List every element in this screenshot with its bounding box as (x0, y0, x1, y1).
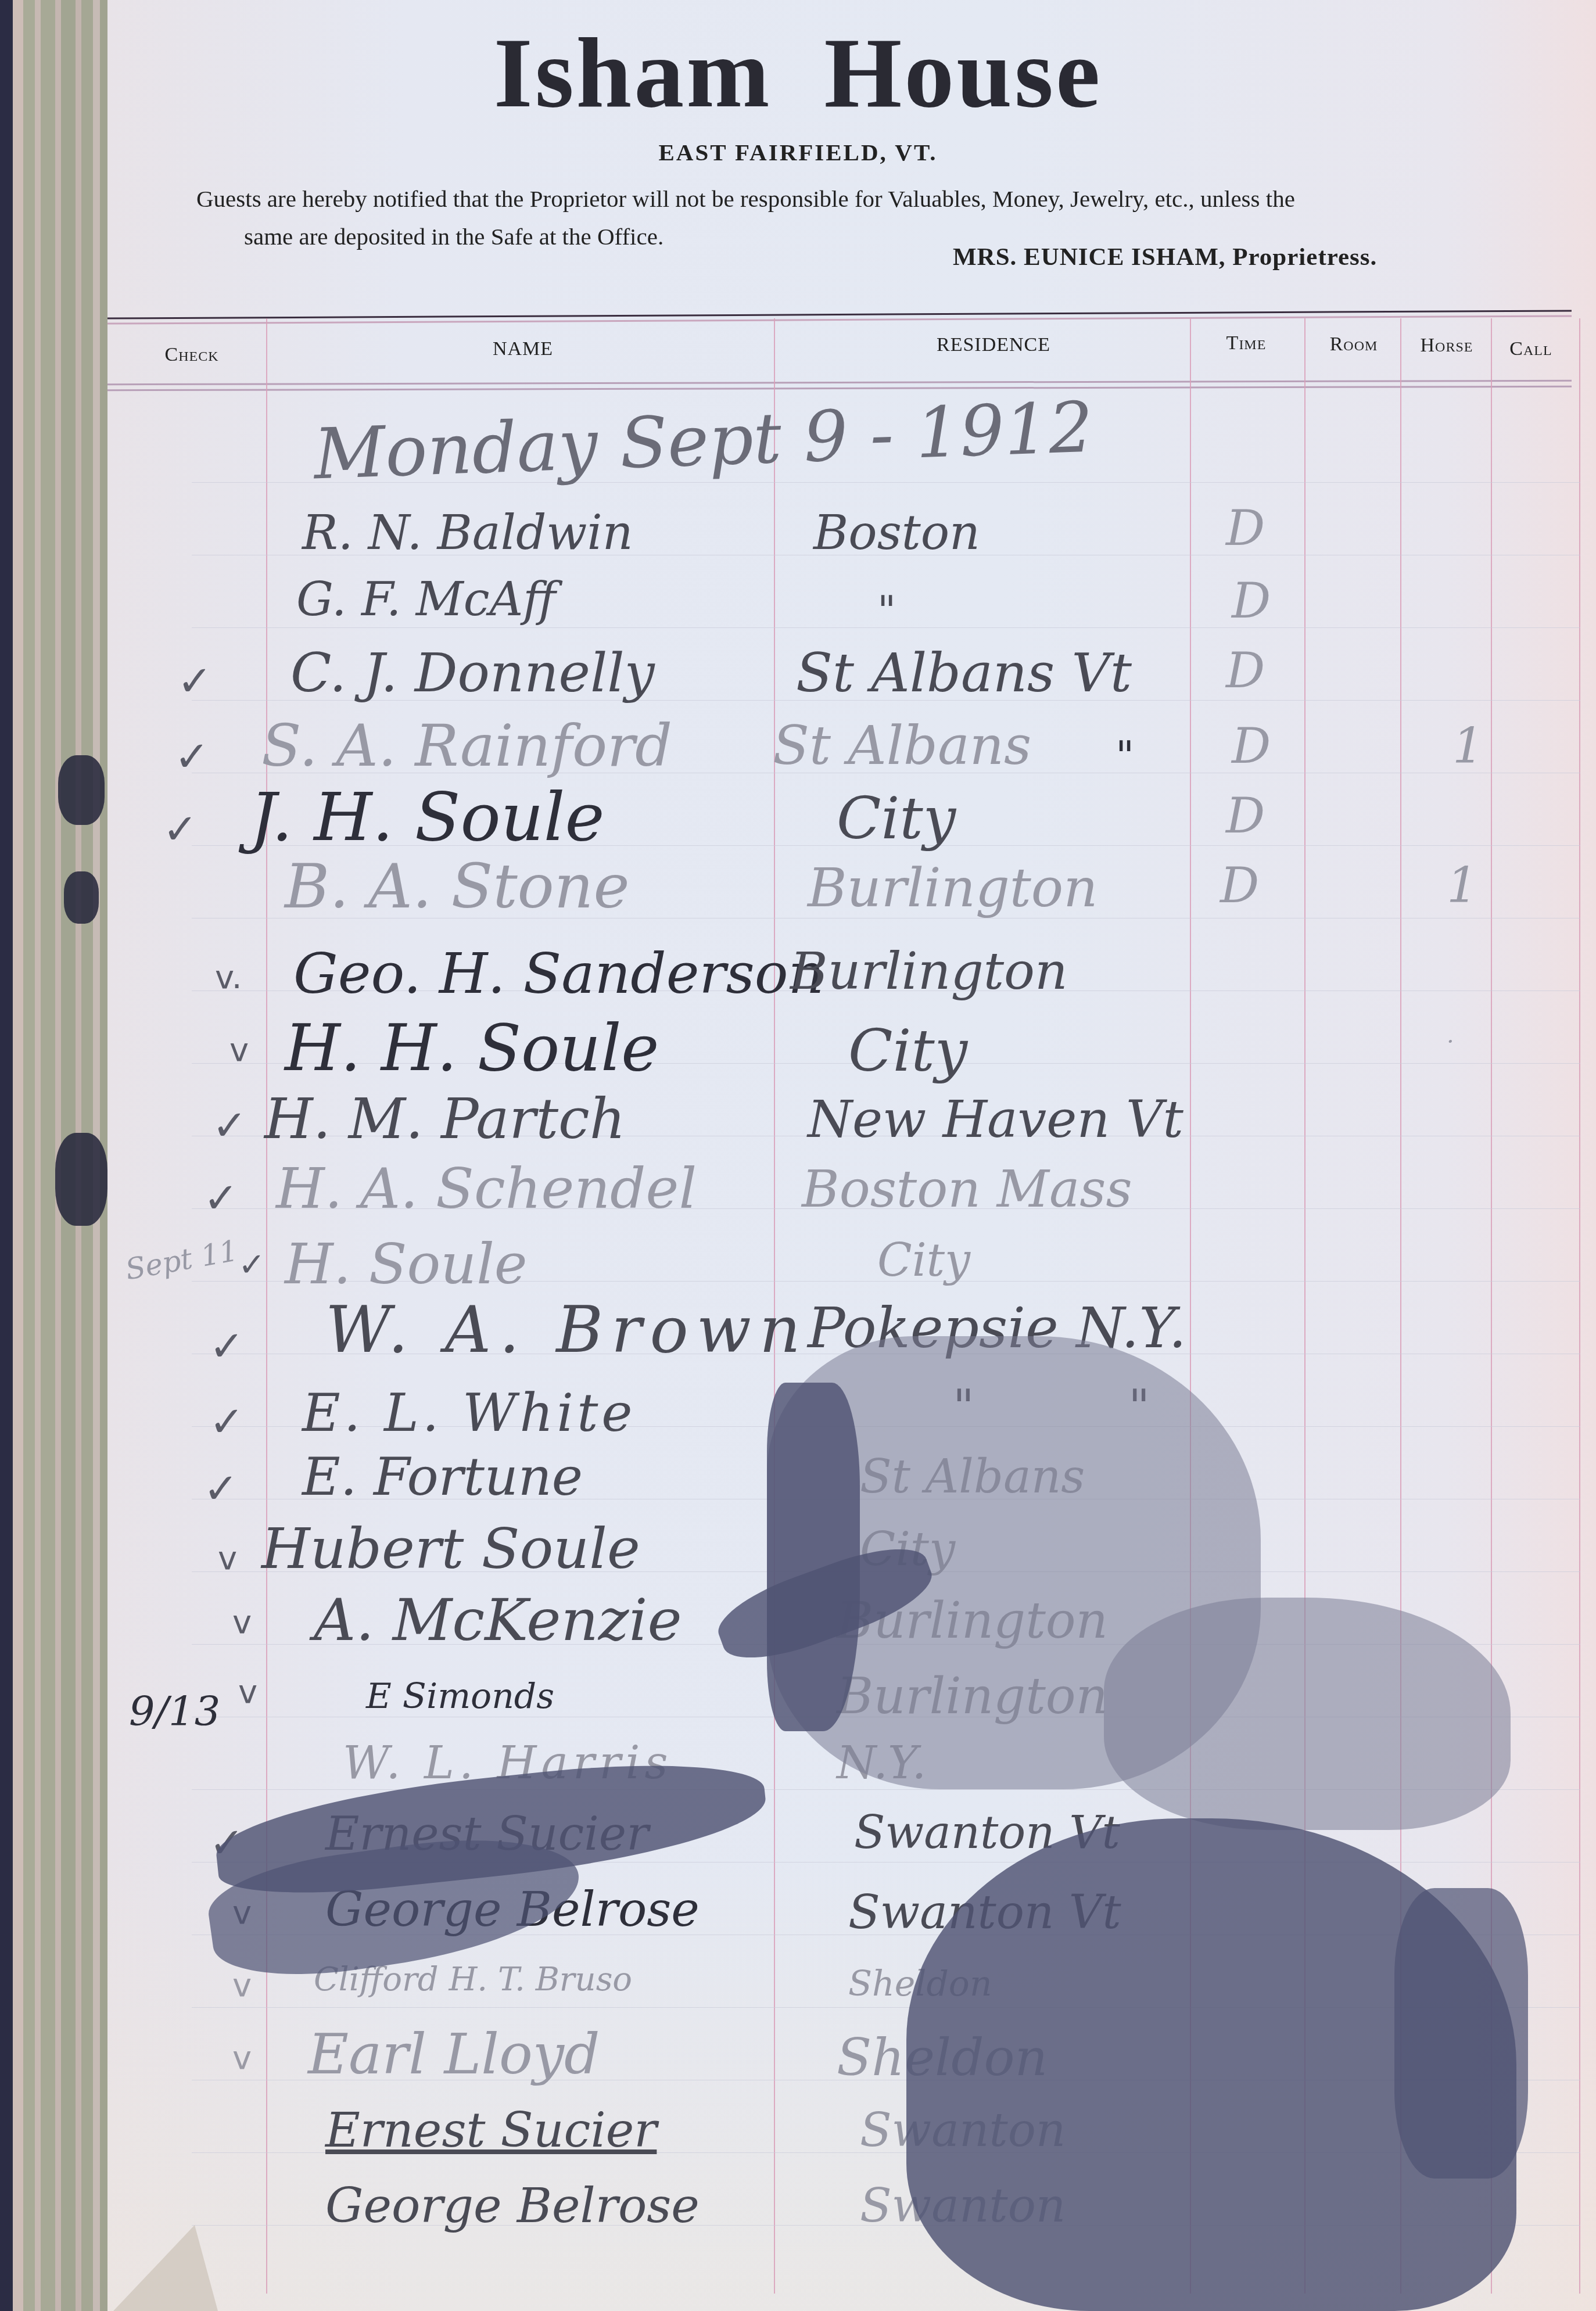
entry-name: Earl Lloyd (308, 2022, 600, 2087)
entry-check-mark: ✓ (212, 1101, 247, 1150)
entry-name: C. J. Donnelly (290, 642, 655, 704)
title-word-1: Isham (494, 18, 772, 128)
entry-residence: New Haven Vt (808, 1089, 1183, 1149)
ink-stain (1394, 1888, 1528, 2179)
column-header-time: Time (1208, 332, 1284, 354)
entry-name: B. A. Stone (285, 851, 630, 922)
entry-residence: Burlington (790, 941, 1068, 1001)
entry-name: W. A. Brown (325, 1293, 809, 1367)
entry-check-mark: ✓ (209, 1397, 244, 1446)
entry-name: E Simonds (366, 1676, 554, 1717)
entry-residence: St Albans Vt (796, 642, 1132, 704)
margin-dot: · (1447, 1028, 1454, 1055)
notice-line-2: same are deposited in the Safe at the Of… (244, 223, 663, 250)
entry-check-mark: v (218, 1540, 237, 1577)
entry-residence: St Albans (773, 715, 1031, 777)
entry-check-mark: ✓ (163, 805, 198, 853)
column-header-name: NAME (465, 338, 581, 360)
entry-residence: Burlington (808, 857, 1098, 919)
entry-check-mark: v (238, 1673, 257, 1711)
entry-residence: Boston Mass (802, 1159, 1132, 1219)
column-header-room: Room (1316, 333, 1391, 356)
entry-name: H. M. Partch (264, 1086, 626, 1151)
entry-horse: 1 (1447, 857, 1477, 914)
entry-residence: City (877, 1235, 970, 1287)
entry-name: G. F. McAff (296, 572, 556, 626)
entry-check-mark: v. (215, 959, 242, 996)
proprietress-line: MRS. EUNICE ISHAM, Proprietress. (953, 243, 1377, 271)
entry-residence-ditto: " (1116, 732, 1134, 780)
edge-ink-stain (55, 1133, 107, 1226)
column-header-check: Check (145, 344, 238, 366)
entry-name: A. McKenzie (314, 1586, 682, 1654)
ink-stain (767, 1383, 860, 1731)
entry-residence: City (848, 1017, 967, 1085)
column-header-horse: Horse (1409, 335, 1484, 357)
entry-name: H. Soule (285, 1232, 528, 1297)
entry-check-mark: v (232, 1966, 252, 2004)
entry-name: E. L. White (302, 1383, 636, 1444)
entry-time: D (1226, 787, 1265, 844)
entry-check-mark: ✓ (209, 1322, 244, 1370)
page-corner-fold (113, 2225, 218, 2311)
column-header-call: Call (1496, 338, 1566, 360)
entry-time: D (1226, 642, 1265, 699)
entry-name: S. A. Rainford (261, 712, 672, 780)
entry-horse: 1 (1452, 717, 1483, 774)
notice-line-1: Guests are hereby notified that the Prop… (196, 185, 1295, 213)
entry-residence: City (837, 784, 956, 852)
hotel-title: IshamHouse (0, 23, 1596, 123)
entry-name: H. H. Soule (285, 1011, 659, 1085)
entry-name: R. N. Baldwin (302, 505, 633, 561)
entry-name: George Belrose (325, 2179, 700, 2234)
entry-check-mark: ✓ (203, 1174, 238, 1222)
entry-time: D (1232, 717, 1271, 774)
entry-name: E. Fortune (302, 1447, 583, 1508)
entry-name: Hubert Soule (261, 1516, 640, 1581)
entry-name: Ernest Sucier (325, 2103, 657, 2158)
column-divider (1579, 318, 1580, 2294)
entry-residence: " (877, 587, 896, 634)
entry-time: D (1220, 857, 1259, 914)
column-header-residence: RESIDENCE (906, 334, 1081, 356)
entry-time: D (1232, 572, 1271, 629)
edge-ink-stain (58, 755, 105, 825)
edge-ink-stain (64, 871, 99, 924)
entry-name: H. A. Schendel (276, 1156, 697, 1221)
hotel-location: EAST FAIRFIELD, VT. (0, 138, 1596, 166)
entry-margin-note: 9/13 (129, 1688, 220, 1735)
column-divider (266, 318, 267, 2294)
entry-check-mark: ✓ (238, 1246, 266, 1284)
entry-check-mark: ✓ (174, 732, 209, 781)
entry-check-mark: ✓ (177, 656, 212, 705)
entry-check-mark: v (232, 1603, 252, 1641)
entry-name: J. H. Soule (250, 778, 605, 856)
entry-check-mark: v (232, 2039, 252, 2077)
ink-stain (1104, 1598, 1511, 1830)
entry-check-mark: ✓ (203, 1464, 238, 1513)
entry-name: Geo. H. Sanderson (293, 941, 824, 1006)
entry-time: D (1226, 500, 1265, 557)
title-word-2: House (824, 18, 1103, 128)
entry-residence: Boston (813, 505, 980, 561)
entry-check-mark: v (229, 1031, 249, 1069)
